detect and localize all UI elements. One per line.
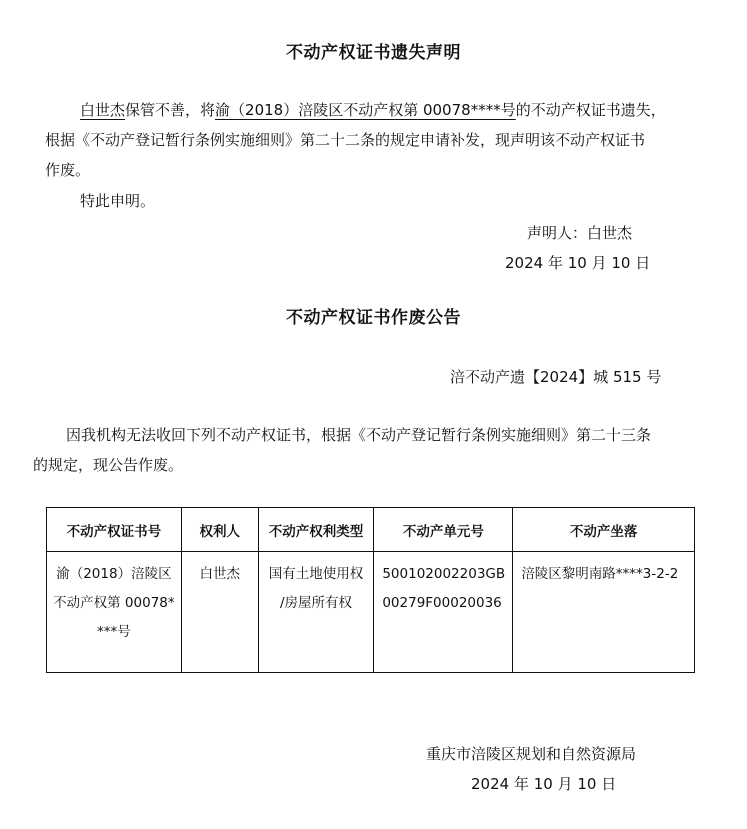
certificate-number: 渝（2018）涪陵区不动产权第 00078****号: [215, 101, 516, 119]
cell-right-type: 国有土地使用权 /房屋所有权: [258, 552, 374, 673]
owner-name: 白世杰: [80, 101, 125, 119]
table-row: 渝（2018）涪陵区 不动产权第 00078* ***号 白世杰 国有土地使用权…: [47, 552, 695, 673]
header-unit-no: 不动产单元号: [374, 508, 513, 552]
declaration-title: 不动产权证书遗失声明: [0, 38, 747, 63]
cell-location: 涪陵区黎明南路****3-2-2: [513, 552, 695, 673]
header-location: 不动产坐落: [513, 508, 695, 552]
announcement-body-line-1: 因我机构无法收回下列不动产权证书，根据《不动产登记暂行条例实施细则》第二十三条: [66, 420, 651, 451]
declaration-date: 2024 年 10 月 10 日: [505, 252, 650, 273]
declaration-line-1: 白世杰保管不善，将渝（2018）涪陵区不动产权第 00078****号的不动产权…: [80, 95, 666, 126]
cert-no-line: 不动产权第 00078*: [48, 589, 180, 618]
cert-no-line: ***号: [48, 618, 180, 647]
announcement-body-line-2: 的规定，现公告作废。: [33, 450, 183, 481]
declaration-line-2: 根据《不动产登记暂行条例实施细则》第二十二条的规定申请补发，现声明该不动产权证书: [45, 125, 645, 156]
header-owner: 权利人: [181, 508, 258, 552]
cert-no-line: 渝（2018）涪陵区: [48, 560, 180, 589]
cell-owner: 白世杰: [181, 552, 258, 673]
void-certificate-table: 不动产权证书号 权利人 不动产权利类型 不动产单元号 不动产坐落 渝（2018）…: [46, 507, 695, 673]
declaration-closing: 特此申明。: [80, 186, 155, 217]
announcement-date: 2024 年 10 月 10 日: [471, 773, 616, 794]
announcement-title: 不动产权证书作废公告: [0, 303, 747, 328]
table-header-row: 不动产权证书号 权利人 不动产权利类型 不动产单元号 不动产坐落: [47, 508, 695, 552]
cell-cert-no: 渝（2018）涪陵区 不动产权第 00078* ***号: [47, 552, 182, 673]
header-cert-no: 不动产权证书号: [47, 508, 182, 552]
document-number: 涪不动产遗【2024】城 515 号: [450, 366, 661, 387]
declarant-signature: 声明人：白世杰: [527, 222, 632, 243]
declaration-line-3: 作废。: [45, 155, 90, 186]
right-type-line: 国有土地使用权: [260, 560, 373, 589]
text-a: 保管不善，将: [125, 101, 215, 119]
unit-no-line: 00279F00020036: [382, 589, 511, 618]
text-b: 的不动产权证书遗失，: [516, 101, 666, 119]
right-type-line: /房屋所有权: [260, 589, 373, 618]
cell-unit-no: 500102002203GB 00279F00020036: [374, 552, 513, 673]
unit-no-line: 500102002203GB: [382, 560, 511, 589]
header-right-type: 不动产权利类型: [258, 508, 374, 552]
issuing-authority: 重庆市涪陵区规划和自然资源局: [426, 743, 636, 764]
